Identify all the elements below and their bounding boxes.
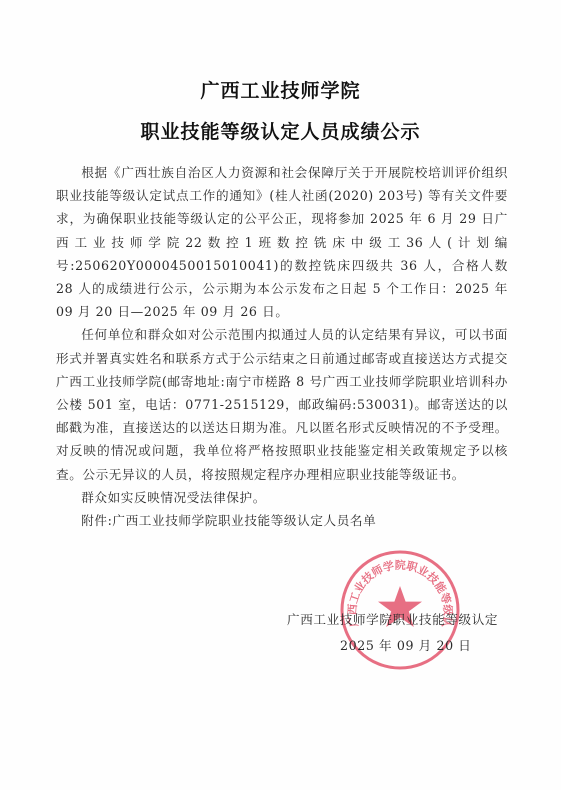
paragraph-objection-procedure: 任何单位和群众如对公示范围内拟通过人员的认定结果有异议，可以书面形式并署真实姓名… [56,323,508,485]
paragraph-attachment: 附件:广西工业技师学院职业技能等级认定人员名单 [56,509,508,532]
document-page: 广西工业技师学院 职业技能等级认定人员成绩公示 根据《广西壮族自治区人力资源和社… [0,0,561,790]
document-body: 根据《广西壮族自治区人力资源和社会保障厅关于开展院校培训评价组织职业技能等级认定… [56,161,508,532]
document-title-institution: 广西工业技师学院 [0,76,561,103]
paragraph-basis: 根据《广西壮族自治区人力资源和社会保障厅关于开展院校培训评价组织职业技能等级认定… [56,161,508,323]
document-title-announcement: 职业技能等级认定人员成绩公示 [0,117,561,144]
signature-organization: 广西工业技师学院职业技能等级认定 [287,609,498,628]
paragraph-legal-protection: 群众如实反映情况受法律保护。 [56,486,508,509]
signature-date: 2025 年 09 月 20 日 [340,635,472,654]
